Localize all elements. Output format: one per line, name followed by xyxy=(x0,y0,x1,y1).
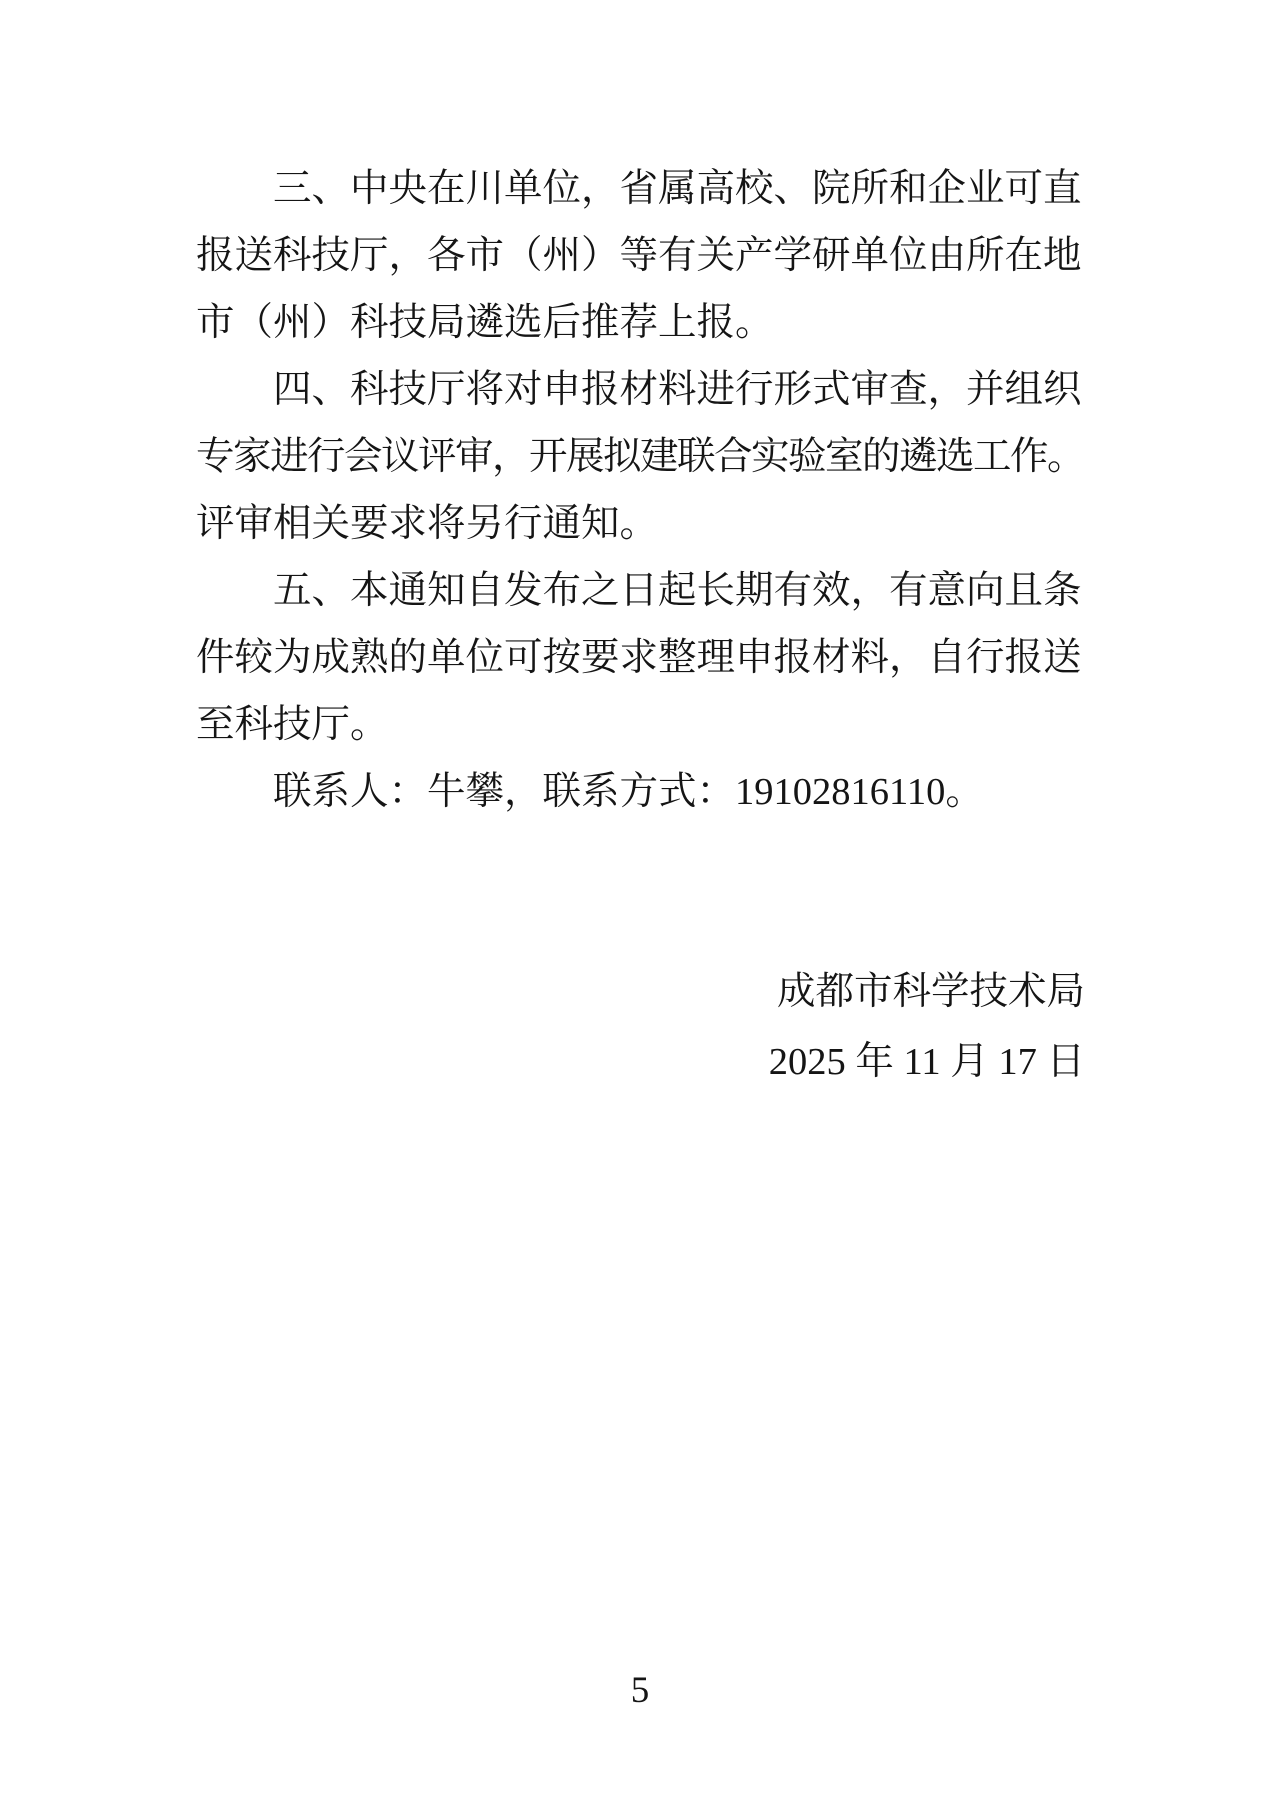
body-line-5: 专家进行会议评审，开展拟建联合实验室的遴选工作。 xyxy=(196,424,1086,491)
body-line-8: 件较为成熟的单位可按要求整理申报材料，自行报送 xyxy=(196,625,1086,692)
page-number: 5 xyxy=(0,1671,1280,1711)
signature-block: 成都市科学技术局 2025 年 11 月 17 日 xyxy=(196,957,1085,1097)
issuer-name: 成都市科学技术局 xyxy=(196,957,1085,1027)
document-page: 三、中央在川单位，省属高校、院所和企业可直 报送科技厅，各市（州）等有关产学研单… xyxy=(0,0,1280,1810)
body-line-7: 五、本通知自发布之日起长期有效，有意向且条 xyxy=(196,558,1086,625)
body-line-2: 报送科技厅，各市（州）等有关产学研单位由所在地 xyxy=(196,223,1086,290)
body-line-1: 三、中央在川单位，省属高校、院所和企业可直 xyxy=(196,156,1086,223)
notice-body: 三、中央在川单位，省属高校、院所和企业可直 报送科技厅，各市（州）等有关产学研单… xyxy=(196,156,1086,826)
body-line-3: 市（州）科技局遴选后推荐上报。 xyxy=(196,290,1086,357)
contact-line: 联系人：牛攀，联系方式：19102816110。 xyxy=(196,759,1086,826)
body-line-4: 四、科技厅将对申报材料进行形式审查，并组织 xyxy=(196,357,1086,424)
issue-date: 2025 年 11 月 17 日 xyxy=(196,1027,1085,1097)
body-line-9: 至科技厅。 xyxy=(196,692,1086,759)
body-line-6: 评审相关要求将另行通知。 xyxy=(196,491,1086,558)
